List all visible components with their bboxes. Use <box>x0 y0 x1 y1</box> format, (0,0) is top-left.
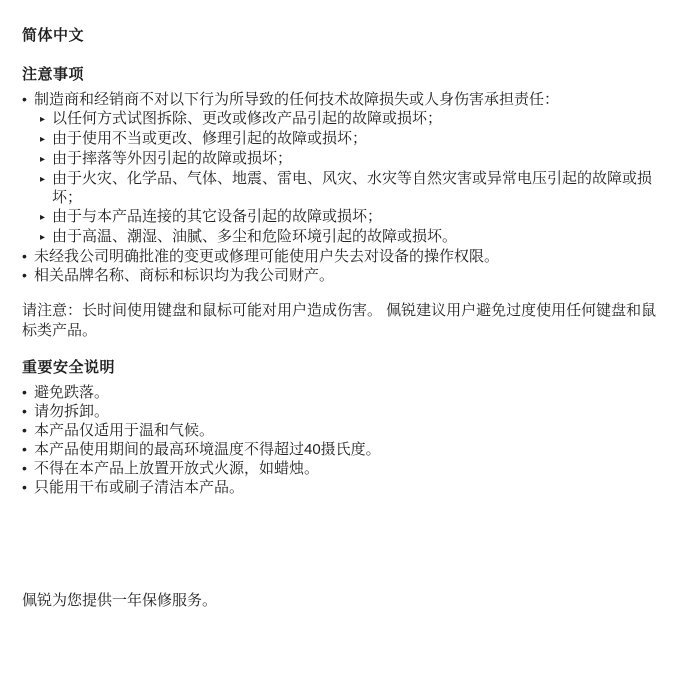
warranty-note: 佩锐为您提供一年保修服务。 <box>22 591 658 610</box>
list-item: • 请勿拆卸。 <box>22 402 658 421</box>
list-item: • 不得在本产品上放置开放式火源，如蜡烛。 <box>22 459 658 478</box>
bullet-icon: • <box>22 440 34 459</box>
list-item: ▸ 以任何方式试图拆除、更改或修改产品引起的故障或损坏； <box>22 109 658 129</box>
list-item-text: 由于高温、潮湿、油腻、多尘和危险环境引起的故障或损坏。 <box>52 227 658 246</box>
list-item-text: 由于摔落等外因引起的故障或损坏； <box>52 149 658 168</box>
bullet-icon: • <box>22 383 34 402</box>
bullet-icon: • <box>22 478 34 497</box>
list-item: • 本产品仅适用于温和气候。 <box>22 421 658 440</box>
precautions-heading: 注意事项 <box>22 65 658 84</box>
list-item-text: 由于使用不当或更改、修理引起的故障或损坏； <box>52 129 658 148</box>
safety-heading: 重要安全说明 <box>22 358 658 377</box>
list-item-text: 未经我公司明确批准的变更或修理可能使用户失去对设备的操作权限。 <box>34 247 658 266</box>
list-item-text: 由于与本产品连接的其它设备引起的故障或损坏； <box>52 207 658 226</box>
list-item: • 本产品使用期间的最高环境温度不得超过40摄氏度。 <box>22 440 658 459</box>
list-item: • 相关品牌名称、商标和标识均为我公司财产。 <box>22 266 658 285</box>
list-item-text: 请勿拆卸。 <box>34 402 658 421</box>
bullet-icon: • <box>22 266 34 285</box>
list-item-text: 以任何方式试图拆除、更改或修改产品引起的故障或损坏； <box>52 109 658 128</box>
arrow-bullet-icon: ▸ <box>40 109 52 129</box>
usage-note: 请注意：长时间使用键盘和鼠标可能对用户造成伤害。 佩锐建议用户避免过度使用任何键… <box>22 301 658 341</box>
list-item: ▸ 由于与本产品连接的其它设备引起的故障或损坏； <box>22 207 658 227</box>
bullet-icon: • <box>22 421 34 440</box>
list-item: ▸ 由于高温、潮湿、油腻、多尘和危险环境引起的故障或损坏。 <box>22 227 658 247</box>
bullet-icon: • <box>22 459 34 478</box>
safety-section: 重要安全说明 • 避免跌落。 • 请勿拆卸。 • 本产品仅适用于温和气候。 • … <box>22 358 658 497</box>
list-item: • 避免跌落。 <box>22 383 658 402</box>
list-item-text: 相关品牌名称、商标和标识均为我公司财产。 <box>34 266 658 285</box>
arrow-bullet-icon: ▸ <box>40 129 52 149</box>
precautions-section: 注意事项 • 制造商和经销商不对以下行为所导致的任何技术故障损失或人身伤害承担责… <box>22 65 658 341</box>
list-item: ▸ 由于摔落等外因引起的故障或损坏； <box>22 149 658 169</box>
arrow-bullet-icon: ▸ <box>40 149 52 169</box>
list-item: • 未经我公司明确批准的变更或修理可能使用户失去对设备的操作权限。 <box>22 247 658 266</box>
list-item: ▸ 由于使用不当或更改、修理引起的故障或损坏； <box>22 129 658 149</box>
arrow-bullet-icon: ▸ <box>40 169 52 189</box>
list-item: • 制造商和经销商不对以下行为所导致的任何技术故障损失或人身伤害承担责任： <box>22 90 658 109</box>
list-item-text: 不得在本产品上放置开放式火源，如蜡烛。 <box>34 459 658 478</box>
list-item-text: 本产品使用期间的最高环境温度不得超过40摄氏度。 <box>34 440 658 459</box>
page-title: 简体中文 <box>22 26 658 45</box>
bullet-icon: • <box>22 90 34 109</box>
list-item-text: 本产品仅适用于温和气候。 <box>34 421 658 440</box>
list-item-text: 只能用干布或刷子清洁本产品。 <box>34 478 658 497</box>
arrow-bullet-icon: ▸ <box>40 207 52 227</box>
arrow-bullet-icon: ▸ <box>40 227 52 247</box>
list-item: • 只能用干布或刷子清洁本产品。 <box>22 478 658 497</box>
bullet-icon: • <box>22 402 34 421</box>
bullet-icon: • <box>22 247 34 266</box>
manual-page: 简体中文 注意事项 • 制造商和经销商不对以下行为所导致的任何技术故障损失或人身… <box>0 0 680 680</box>
list-item-text: 避免跌落。 <box>34 383 658 402</box>
list-item-text: 制造商和经销商不对以下行为所导致的任何技术故障损失或人身伤害承担责任： <box>34 90 658 109</box>
list-item-text: 由于火灾、化学品、气体、地震、雷电、风灾、水灾等自然灾害或异常电压引起的故障或损… <box>52 169 658 207</box>
list-item: ▸ 由于火灾、化学品、气体、地震、雷电、风灾、水灾等自然灾害或异常电压引起的故障… <box>22 169 658 207</box>
